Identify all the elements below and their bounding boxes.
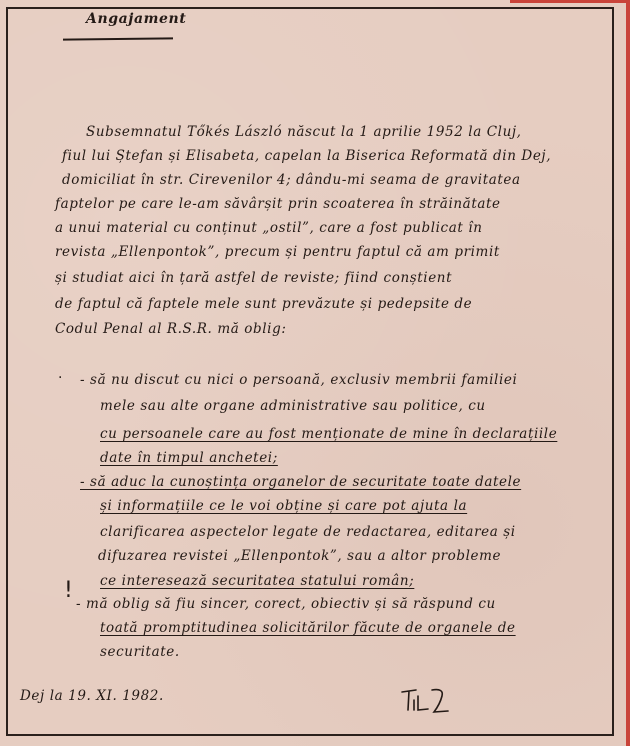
item-line: - mă oblig să fiu sincer, corect, obiect… xyxy=(76,598,496,612)
body-line: Subsemnatul Tőkés László născut la 1 apr… xyxy=(86,126,522,140)
place-date: Dej la 19. XI. 1982. xyxy=(20,690,164,704)
item-line: - să aduc la cunoștința organelor de sec… xyxy=(80,476,521,490)
item-line: securitate. xyxy=(100,646,180,660)
item-line: toată promptitudinea solicitărilor făcut… xyxy=(100,622,516,636)
page-edge-stripe-top xyxy=(510,0,630,3)
body-line: revista „Ellenpontok”, precum și pentru … xyxy=(55,246,500,260)
body-line: domiciliat în str. Cirevenilor 4; dându-… xyxy=(62,174,521,188)
page-edge-stripe xyxy=(626,0,630,746)
body-line: și studiat aici în țară astfel de revist… xyxy=(55,272,452,286)
margin-dot: · xyxy=(58,370,62,386)
item-line: clarificarea aspectelor legate de redact… xyxy=(100,526,516,540)
signature-icon xyxy=(400,686,460,716)
document-page: Angajament Subsemnatul Tőkés László născ… xyxy=(0,0,630,746)
item-line: difuzarea revistei „Ellenpontok”, sau a … xyxy=(98,550,501,564)
item-line: ce interesează securitatea statului româ… xyxy=(100,575,414,589)
body-line: a unui material cu conținut „ostil”, car… xyxy=(55,222,483,236)
document-title: Angajament xyxy=(86,12,186,26)
item-line: mele sau alte organe administrative sau … xyxy=(100,400,486,414)
body-line: Codul Penal al R.S.R. mă oblig: xyxy=(55,323,286,337)
item-line: cu persoanele care au fost menționate de… xyxy=(100,428,557,442)
body-line: de faptul că faptele mele sunt prevăzute… xyxy=(55,298,472,312)
item-line: date în timpul anchetei; xyxy=(100,452,278,466)
margin-bar-mark: ! xyxy=(64,578,73,603)
item-line: - să nu discut cu nici o persoană, exclu… xyxy=(80,374,517,388)
item-line: și informațiile ce le voi obține și care… xyxy=(100,500,467,514)
body-line: faptelor pe care le-am săvârșit prin sco… xyxy=(55,198,501,212)
body-line: fiul lui Ștefan și Elisabeta, capelan la… xyxy=(62,150,551,164)
